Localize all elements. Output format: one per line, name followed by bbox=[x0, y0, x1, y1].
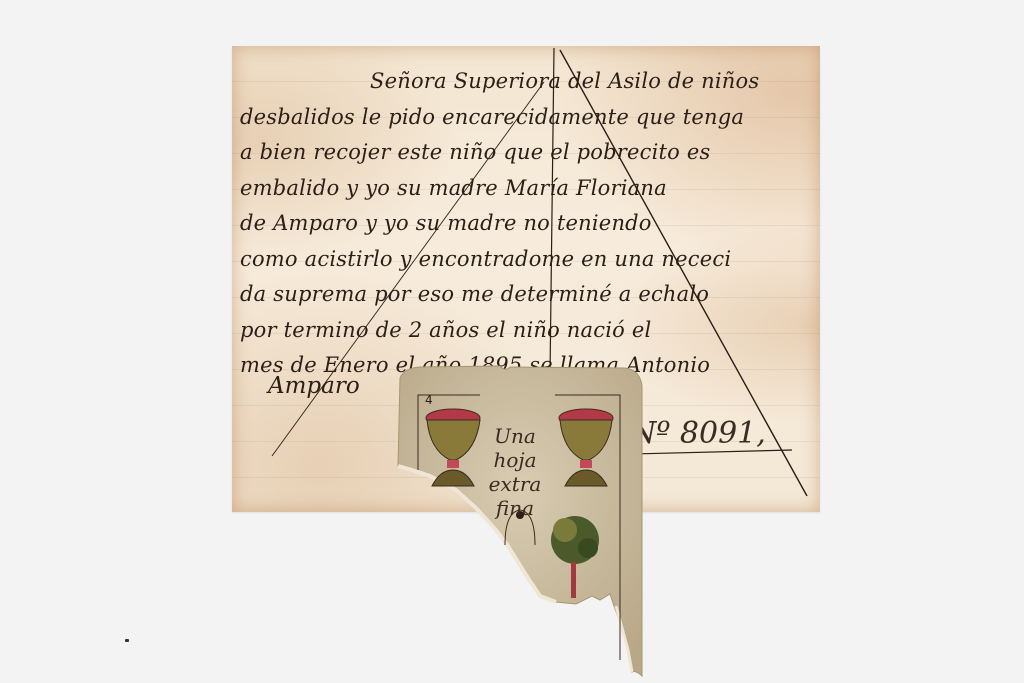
letter-line: de Amparo y yo su madre no teniendo bbox=[240, 206, 816, 242]
registry-number: Nº 8091, bbox=[630, 416, 766, 451]
letter-body: Señora Superiora del Asilo de niños desb… bbox=[240, 64, 816, 384]
speck bbox=[125, 639, 129, 642]
letter-line: embalido y yo su madre María Floriana bbox=[240, 171, 816, 207]
letter-line: desbalidos le pido encarecidamente que t… bbox=[240, 100, 816, 136]
tree-drawing bbox=[551, 516, 599, 598]
card-inscription: Una hoja extra fina bbox=[470, 424, 560, 520]
letter-line: por termino de 2 años el niño nació el bbox=[240, 313, 816, 349]
inscription-line: Una bbox=[470, 424, 560, 448]
letter-line: a bien recojer este niño que el pobrecit… bbox=[240, 135, 816, 171]
letter-line: da suprema por eso me determiné a echalo bbox=[240, 277, 816, 313]
signature: Amparo bbox=[268, 373, 360, 399]
card-index: 4 bbox=[425, 393, 433, 407]
inscription-line: hoja bbox=[470, 448, 560, 472]
letter-line: como acistirlo y encontradome en una nec… bbox=[240, 242, 816, 278]
letter-line: Señora Superiora del Asilo de niños bbox=[240, 64, 816, 100]
inscription-line: extra fina bbox=[470, 472, 560, 520]
